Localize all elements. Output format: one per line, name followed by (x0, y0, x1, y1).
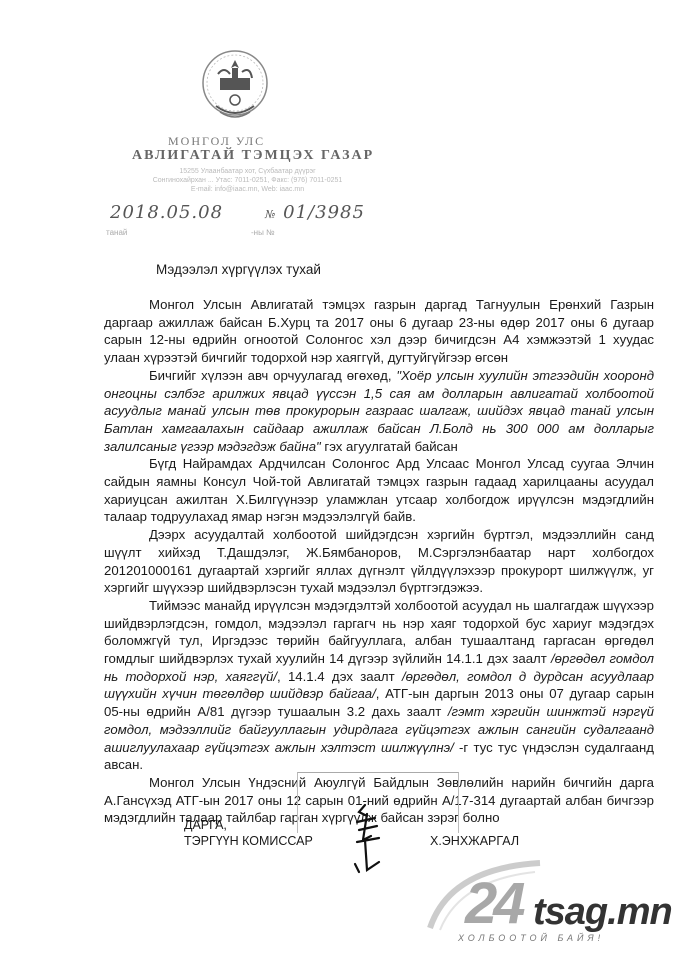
registration-number: 01/3985 (283, 202, 365, 223)
letter-subject: Мэдээлэл хүргүүлэх тухай (156, 262, 321, 277)
org-address: 15255 Улаанбаатар хот, Сүхбаатар дүүрэг … (110, 167, 385, 194)
paragraph-text: Бүгд Найрамдах Ардчилсан Солонгос Ард Ул… (104, 456, 654, 524)
org-country: МОНГОЛ УЛС (168, 134, 265, 149)
watermark-logo: 24 tsag.mn ХОЛБООТОЙ БАЙЯ! (420, 858, 690, 948)
body-paragraph: Бүгд Найрамдах Ардчилсан Солонгос Ард Ул… (104, 455, 654, 526)
letter-body: Монгол Улсын Авлигатай тэмцэх газрын дар… (104, 296, 654, 827)
address-line: Сонгинохайрхан ... Утас: 7011-0251, Факс… (110, 176, 385, 185)
handwritten-signature-icon (345, 800, 395, 890)
paragraph-text: Бичгийг хүлээн авч орчуулагад өгөхөд, (149, 368, 396, 383)
label-left: танай (106, 228, 127, 237)
address-line: E-mail: info@iaac.mn, Web: iaac.mn (110, 185, 385, 194)
registration-line: 2018.05.08№ 01/3985 (110, 202, 365, 223)
state-emblem-icon (200, 48, 270, 128)
paragraph-text: , 14.1.4 дэх заалт (277, 669, 402, 684)
body-paragraph: Тиймээс манайд ирүүлсэн мэдэгдэлтэй холб… (104, 597, 654, 774)
body-paragraph: Бичгийг хүлээн авч орчуулагад өгөхөд, "Х… (104, 367, 654, 456)
paragraph-text: Монгол Улсын Авлигатай тэмцэх газрын дар… (104, 297, 654, 365)
signatory-name: Х.ЭНХЖАРГАЛ (430, 834, 519, 848)
address-line: 15255 Улаанбаатар хот, Сүхбаатар дүүрэг (110, 167, 385, 176)
number-prefix: № (265, 208, 276, 221)
registration-labels: танай -ны № (106, 228, 356, 237)
body-paragraph: Дээрх асуудалтай холбоотой шийдэгдсэн хэ… (104, 526, 654, 597)
org-name: АВЛИГАТАЙ ТЭМЦЭХ ГАЗАР (132, 148, 374, 164)
logo-site: tsag.mn (533, 891, 672, 934)
body-paragraph: Монгол Улсын Авлигатай тэмцэх газрын дар… (104, 296, 654, 367)
paragraph-text: Дээрх асуудалтай холбоотой шийдэгдсэн хэ… (104, 527, 654, 595)
registration-date: 2018.05.08 (110, 202, 265, 223)
logo-number: 24 (465, 870, 522, 937)
signatory-rank: ТЭРГҮҮН КОМИССАР (184, 834, 313, 848)
label-right: -ны № (251, 228, 275, 237)
paragraph-text: гэх агуулгатай байсан (321, 439, 458, 454)
logo-slogan: ХОЛБООТОЙ БАЙЯ! (458, 933, 604, 943)
signatory-title: ДАРГА, (184, 818, 227, 832)
